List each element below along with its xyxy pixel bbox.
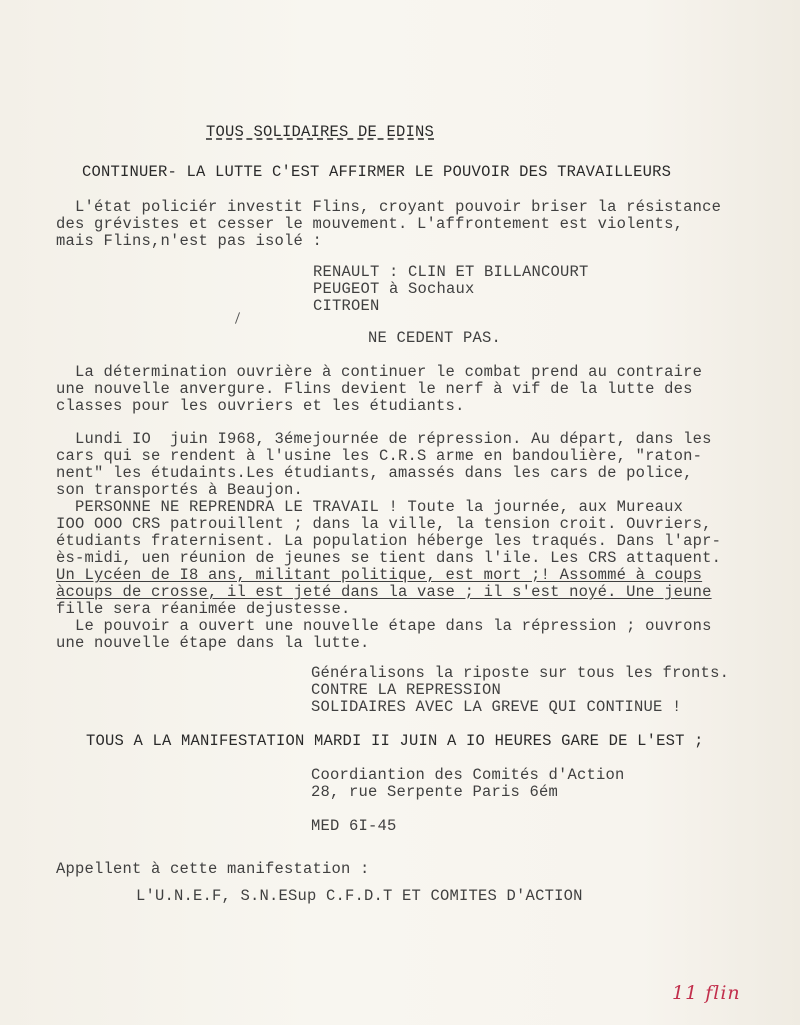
slogan-line: SOLIDAIRES AVEC LA GREVE QUI CONTINUE !	[311, 699, 682, 716]
text-line: son transportés à Beaujon.	[56, 482, 303, 499]
text-line: Le pouvoir a ouvert une nouvelle étape d…	[56, 618, 712, 635]
text-line: fille sera réanimée dejustesse.	[56, 601, 351, 618]
text-line: une nouvelle étape dans la lutte.	[56, 635, 370, 652]
document-title: TOUS SOLIDAIRES DE EDINS	[206, 124, 434, 141]
text-line: nent" les étudaints.Les étudiants, amass…	[56, 465, 693, 482]
organizations-list: L'U.N.E.F, S.N.ESup C.F.D.T ET COMITES D…	[136, 888, 583, 905]
appellent-label: Appellent à cette manifestation :	[56, 861, 370, 878]
text-line: étudiants fraternisent. La population hé…	[56, 533, 721, 550]
document-page: TOUS SOLIDAIRES DE EDINS CONTINUER- LA L…	[0, 0, 800, 1025]
phone-number: MED 6I-45	[311, 818, 397, 835]
text-line: Lundi IO juin I968, 3émejournée de répre…	[56, 431, 712, 448]
factory-item: RENAULT : CLIN ET BILLANCOURT	[313, 264, 589, 281]
document-subtitle: CONTINUER- LA LUTTE C'EST AFFIRMER LE PO…	[82, 164, 671, 181]
stray-ink-mark	[235, 312, 240, 324]
slogan-line: CONTRE LA REPRESSION	[311, 682, 501, 699]
handwritten-note: 11 flin	[672, 982, 741, 1004]
factory-item: CITROEN	[313, 298, 380, 315]
text-line: classes pour les ouvriers et les étudian…	[56, 398, 465, 415]
text-line: La détermination ouvrière à continuer le…	[56, 364, 702, 381]
text-line: ès-midi, uen réunion de jeunes se tient …	[56, 550, 721, 567]
signature-line: Coordiantion des Comités d'Action	[311, 767, 625, 784]
text-line-underlined: àcoups de crosse, il est jeté dans la va…	[56, 584, 712, 601]
slogan-line: Généralisons la riposte sur tous les fro…	[311, 665, 729, 682]
manifestation-call: TOUS A LA MANIFESTATION MARDI II JUIN A …	[86, 733, 704, 750]
text-line: IOO OOO CRS patrouillent ; dans la ville…	[56, 516, 712, 533]
text-line: PERSONNE NE REPRENDRA LE TRAVAIL ! Toute…	[56, 499, 683, 516]
ne-cedent-pas: NE CEDENT PAS.	[368, 330, 501, 347]
text-line: L'état policiér investit Flins, croyant …	[56, 199, 721, 216]
text-line: cars qui se rendent à l'usine les C.R.S …	[56, 448, 702, 465]
factory-item: PEUGEOT à Sochaux	[313, 281, 475, 298]
text-line: mais Flins,n'est pas isolé :	[56, 233, 322, 250]
text-line: des grévistes et cesser le mouvement. L'…	[56, 216, 683, 233]
text-line-underlined: Un Lycéen de I8 ans, militant politique,…	[56, 567, 702, 584]
signature-line: 28, rue Serpente Paris 6ém	[311, 784, 558, 801]
text-line: une nouvelle anvergure. Flins devient le…	[56, 381, 693, 398]
